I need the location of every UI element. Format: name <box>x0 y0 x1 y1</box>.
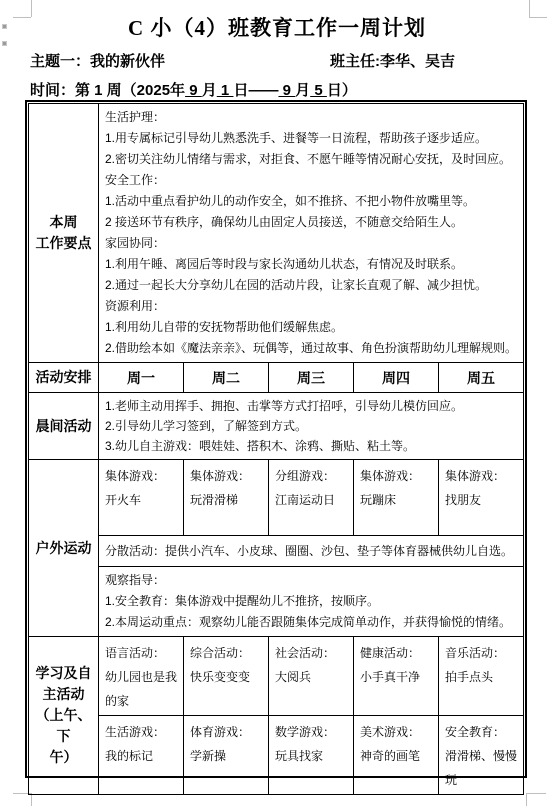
activity-type: 数学游戏： <box>275 720 351 744</box>
activity-name: 开火车 <box>105 488 181 512</box>
learning-cell-monday-2: 生活游戏： 我的标记 <box>99 716 184 795</box>
day-header-monday: 周一 <box>99 363 184 393</box>
activity-type: 集体游戏： <box>190 464 266 488</box>
observation-line: 1.安全教育：集体游戏中提醒幼儿不推挤，按顺序。 <box>105 591 521 612</box>
learning-cell-tuesday-2: 体育游戏： 学新操 <box>184 716 269 795</box>
document-title: C 小（4）班教育工作一周计划 <box>0 12 554 42</box>
work-points-line: 1.利用午睡、离园后等时段与家长沟通幼儿状态，有情况及时联系。 <box>105 254 521 275</box>
activity-type: 生活游戏： <box>105 720 181 744</box>
work-points-line: 2.通过一起长大分享幼儿在园的活动片段，让家长直观了解、减少担忧。 <box>105 275 521 296</box>
outdoor-game-cell-friday: 集体游戏： 找朋友 <box>439 460 524 536</box>
day-header-friday: 周五 <box>439 363 524 393</box>
activity-type: 语言活动： <box>105 641 181 665</box>
learning-cell-monday-1: 语言活动： 幼儿园也是我的家 <box>99 637 184 716</box>
outdoor-game-cell-wednesday: 分组游戏： 江南运动日 <box>269 460 354 536</box>
observation-line: 观察指导： <box>105 570 521 591</box>
activity-type: 安全教育： <box>445 720 521 744</box>
time-day-2: 5 <box>310 82 327 99</box>
learning-cell-wednesday-1: 社会活动： 大阅兵 <box>269 637 354 716</box>
work-points-line: 生活护理： <box>105 107 521 128</box>
day-header-thursday: 周四 <box>354 363 439 393</box>
work-points-line: 安全工作： <box>105 170 521 191</box>
scatter-activity-cell: 分散活动：提供小汽车、小皮球、圈圈、沙包、垫子等体育器械供幼儿自选。 <box>99 536 524 567</box>
activity-type: 体育游戏： <box>190 720 266 744</box>
time-label: 时间：第 1 周（2025年 9 月 1 日—— 9 月 5 日） <box>30 79 357 100</box>
activity-name: 神奇的画笔 <box>360 744 436 768</box>
activity-name: 大阅兵 <box>275 665 351 689</box>
activity-name: 找朋友 <box>445 488 521 512</box>
work-points-line: 资源利用： <box>105 296 521 317</box>
theme-label: 主题一：我的新伙伴 <box>30 50 165 71</box>
learning-cell-thursday-1: 健康活动： 小手真干净 <box>354 637 439 716</box>
outdoor-game-cell-tuesday: 集体游戏： 玩滑滑梯 <box>184 460 269 536</box>
crop-mark-bottom-right <box>526 793 546 794</box>
learning-cell-wednesday-2: 数学游戏： 玩具找家 <box>269 716 354 795</box>
activity-type: 分组游戏： <box>275 464 351 488</box>
outdoor-game-cell-thursday: 集体游戏： 玩蹦床 <box>354 460 439 536</box>
work-points-line: 2.借助绘本如《魔法亲亲》、玩偶等，通过故事、角色扮演帮助幼儿理解规则。 <box>105 338 521 359</box>
work-points-line: 1.利用幼儿自带的安抚物帮助他们缓解焦虑。 <box>105 317 521 338</box>
row-label-learning: 学习及自 主活动 （上午、下 午） <box>29 637 99 795</box>
work-points-line: 2 接送环节有秩序，确保幼儿由固定人员接送，不随意交给陌生人。 <box>105 212 521 233</box>
activity-type: 集体游戏： <box>105 464 181 488</box>
activity-type: 集体游戏： <box>445 464 521 488</box>
row-label-morning: 晨间活动 <box>29 393 99 460</box>
activity-type: 美术游戏： <box>360 720 436 744</box>
work-points-cell: 生活护理： 1.用专属标记引导幼儿熟悉洗手、进餐等一日流程，帮助孩子逐步适应。 … <box>99 104 524 363</box>
learning-cell-thursday-2: 美术游戏： 神奇的画笔 <box>354 716 439 795</box>
activity-type: 社会活动： <box>275 641 351 665</box>
morning-line: 1.老师主动用挥手、拥抱、击掌等方式打招呼，引导幼儿模仿回应。 <box>105 396 521 416</box>
learning-cell-tuesday-1: 综合活动： 快乐变变变 <box>184 637 269 716</box>
activity-type: 音乐活动： <box>445 641 521 665</box>
learning-cell-friday-1: 音乐活动： 拍手点头 <box>439 637 524 716</box>
scatter-activity-line: 分散活动：提供小汽车、小皮球、圈圈、沙包、垫子等体育器械供幼儿自选。 <box>105 541 521 562</box>
activity-name: 我的标记 <box>105 744 181 768</box>
activity-type: 综合活动： <box>190 641 266 665</box>
row-label-outdoor: 户外运动 <box>29 460 99 637</box>
activity-name: 滑滑梯、慢慢玩 <box>445 744 521 792</box>
activity-name: 学新操 <box>190 744 266 768</box>
row-label-work-points: 本周 工作要点 <box>29 104 99 363</box>
activity-name: 小手真干净 <box>360 665 436 689</box>
work-points-line: 2.密切关注幼儿情绪与需求，对拒食、不愿午睡等情况耐心安抚，及时回应。 <box>105 149 521 170</box>
time-month-2: 9 <box>278 82 295 99</box>
activity-type: 健康活动： <box>360 641 436 665</box>
activity-type: 集体游戏： <box>360 464 436 488</box>
time-month-1: 9 <box>185 82 202 99</box>
learning-cell-friday-2: 安全教育： 滑滑梯、慢慢玩 <box>439 716 524 795</box>
document-page[interactable]: C 小（4）班教育工作一周计划 主题一：我的新伙伴 班主任:李华、吴吉 时间：第… <box>0 0 554 806</box>
crop-mark-bottom-right <box>526 793 527 806</box>
activity-name: 拍手点头 <box>445 665 521 689</box>
activity-name: 幼儿园也是我的家 <box>105 665 181 713</box>
row-label-schedule: 活动安排 <box>29 363 99 393</box>
day-header-wednesday: 周三 <box>269 363 354 393</box>
outdoor-game-cell-monday: 集体游戏： 开火车 <box>99 460 184 536</box>
day-header-tuesday: 周二 <box>184 363 269 393</box>
activity-name: 玩滑滑梯 <box>190 488 266 512</box>
time-day-1: 1 <box>217 82 234 99</box>
activity-name: 玩蹦床 <box>360 488 436 512</box>
morning-line: 3.幼儿自主游戏：喂娃娃、搭积木、涂鸦、撕贴、粘土等。 <box>105 436 521 456</box>
morning-line: 2.引导幼儿学习签到，了解签到方式。 <box>105 416 521 436</box>
work-points-line: 1.活动中重点看护幼儿的动作安全，如不推挤、不把小物件放嘴里等。 <box>105 191 521 212</box>
observation-line: 2.本周运动重点：观察幼儿能否跟随集体完成简单动作，并获得愉悦的情绪。 <box>105 612 521 633</box>
plan-table: 本周 工作要点 生活护理： 1.用专属标记引导幼儿熟悉洗手、进餐等一日流程，帮助… <box>25 100 527 778</box>
work-points-line: 1.用专属标记引导幼儿熟悉洗手、进餐等一日流程，帮助孩子逐步适应。 <box>105 128 521 149</box>
teacher-label: 班主任:李华、吴吉 <box>330 50 455 71</box>
activity-name: 玩具找家 <box>275 744 351 768</box>
work-points-line: 家园协同： <box>105 233 521 254</box>
morning-activities-cell: 1.老师主动用挥手、拥抱、击掌等方式打招呼，引导幼儿模仿回应。 2.引导幼儿学习… <box>99 393 524 460</box>
activity-name: 快乐变变变 <box>190 665 266 689</box>
activity-name: 江南运动日 <box>275 488 351 512</box>
observation-cell: 观察指导： 1.安全教育：集体游戏中提醒幼儿不推挤，按顺序。 2.本周运动重点：… <box>99 567 524 637</box>
